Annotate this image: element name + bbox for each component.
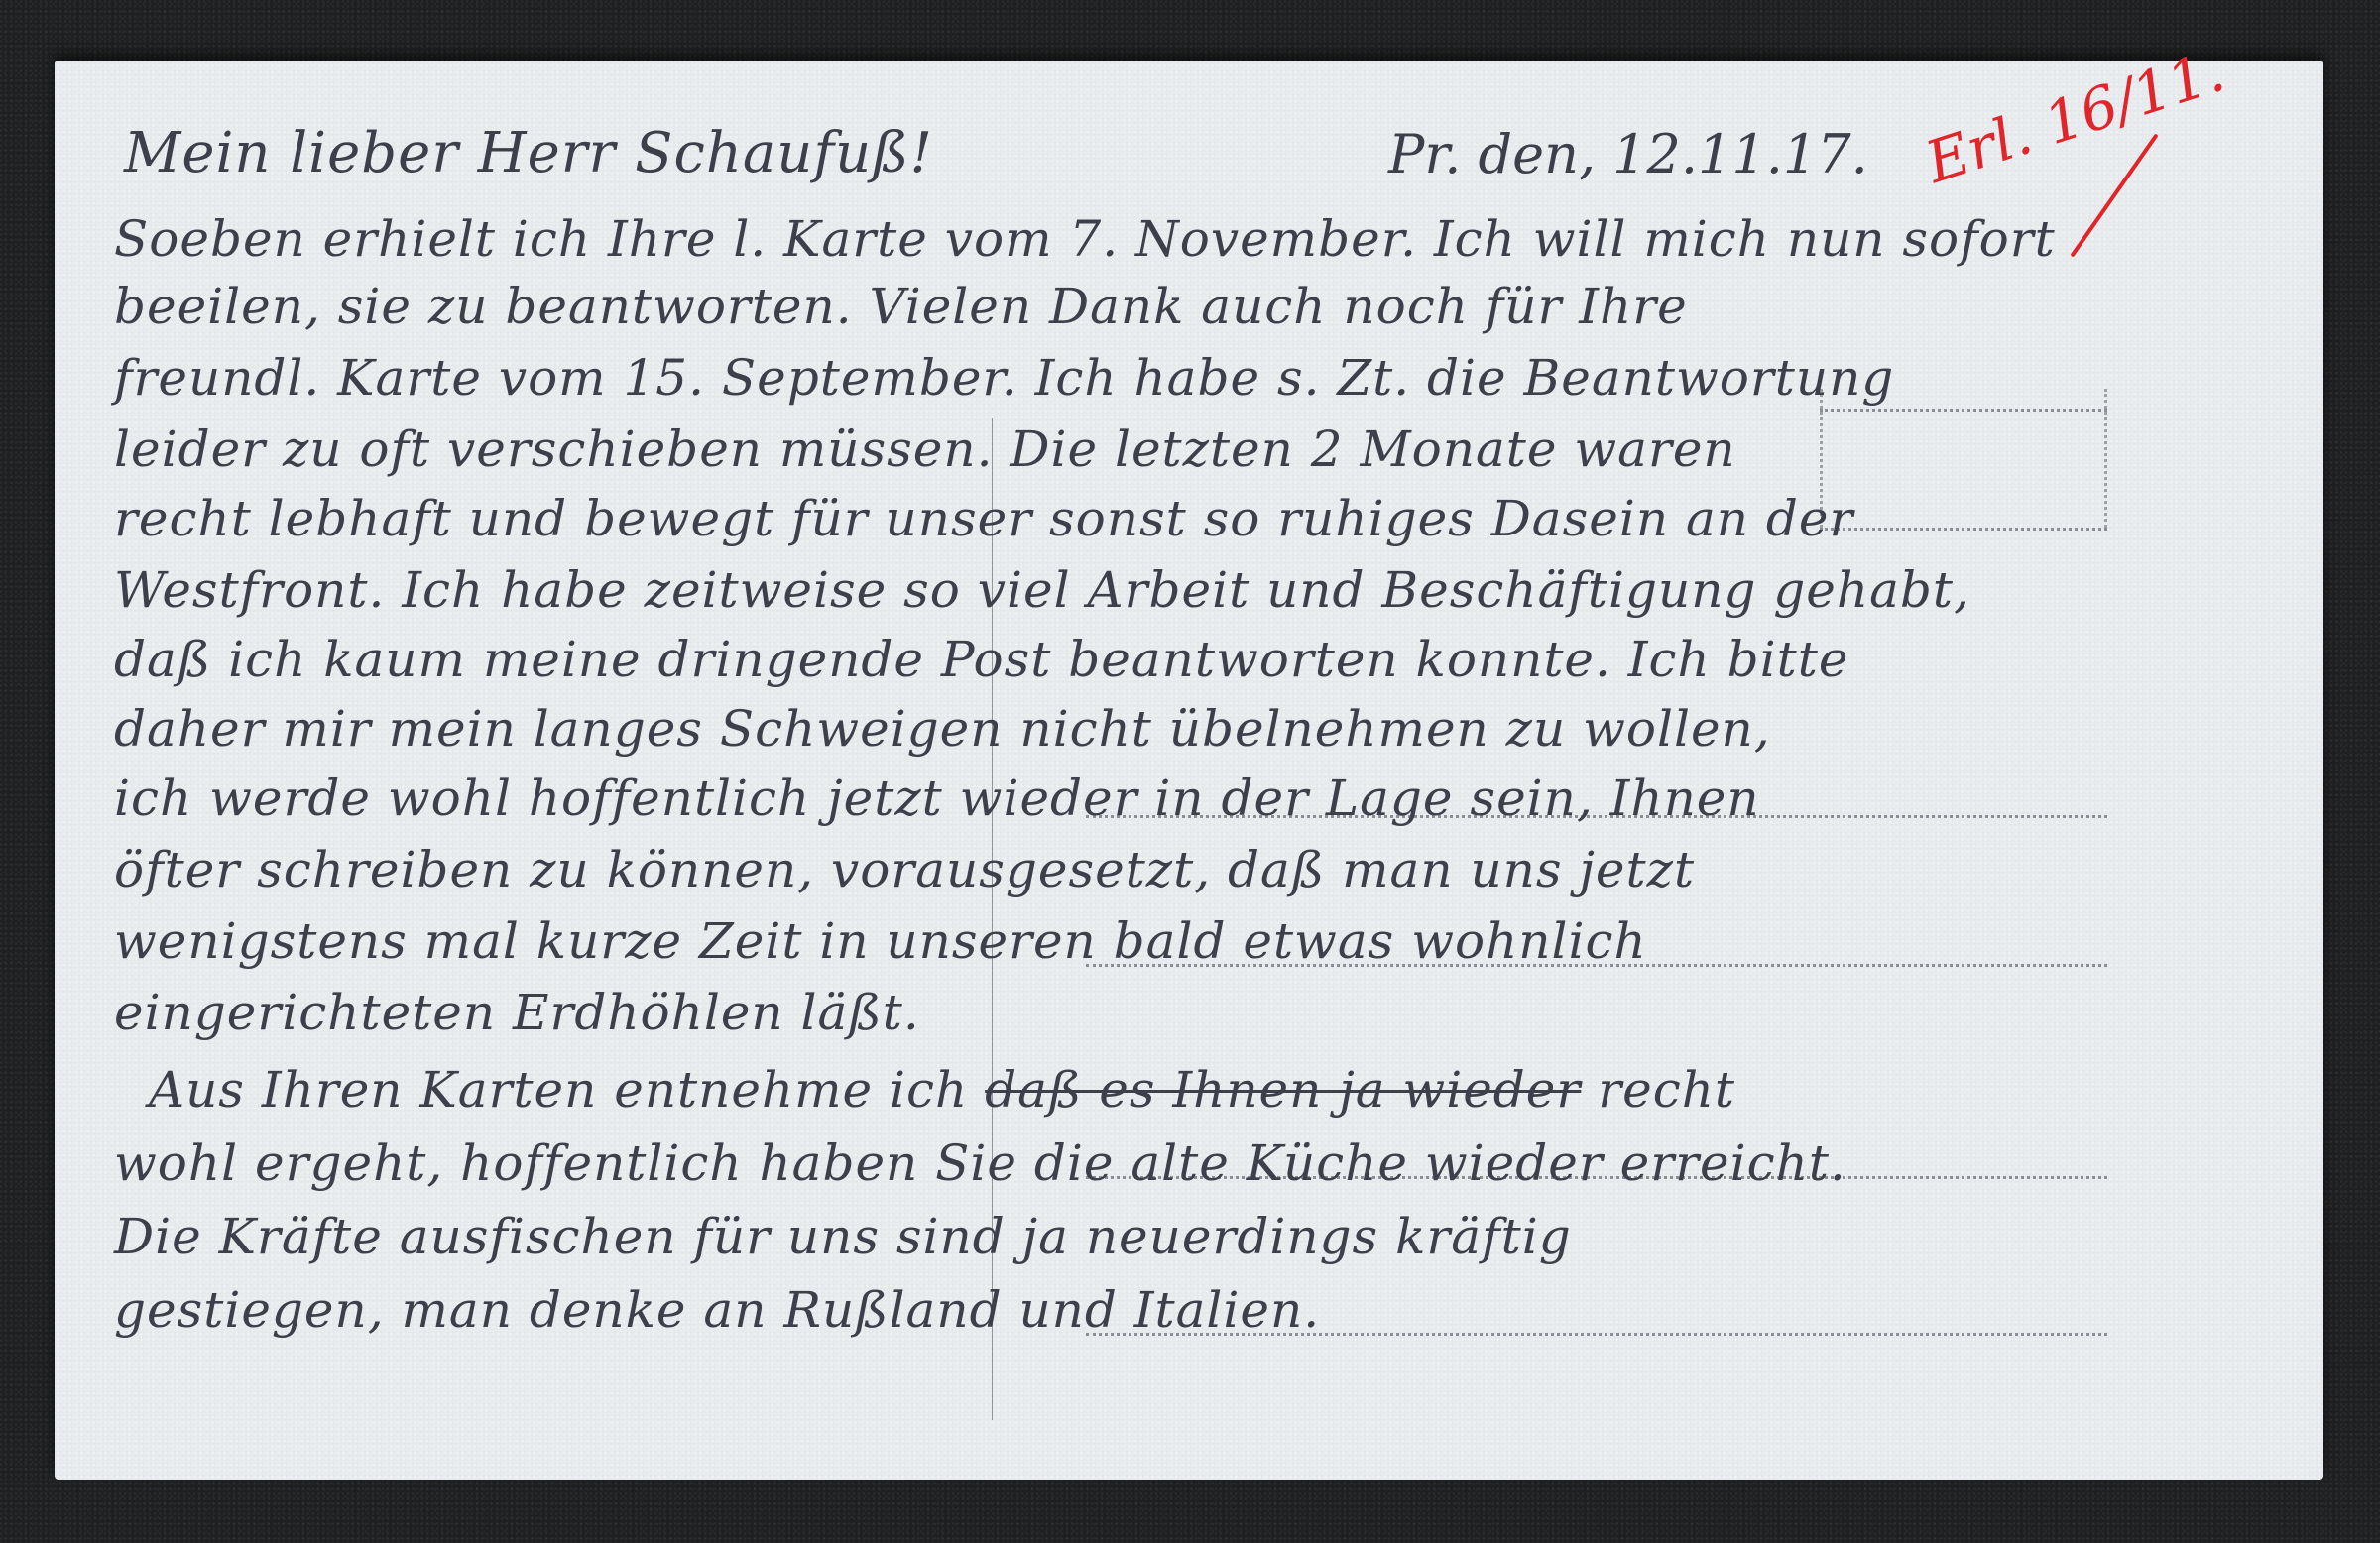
body-line-5: recht lebhaft und bewegt für unser sonst…	[114, 490, 1853, 547]
body-line-11: wenigstens mal kurze Zeit in unseren bal…	[114, 912, 1647, 970]
body-line-7: daß ich kaum meine dringende Post beantw…	[114, 631, 1848, 688]
body-text: Aus Ihren Karten entnehme ich	[149, 1061, 985, 1119]
body-line-16: gestiegen, man denke an Rußland und Ital…	[114, 1281, 1320, 1339]
body-line-1: Soeben erhielt ich Ihre l. Karte vom 7. …	[114, 210, 2056, 268]
body-line-9: ich werde wohl hoffentlich jetzt wieder …	[114, 770, 1760, 827]
stamp-box-top	[1820, 409, 2107, 412]
body-line-12: eingerichteten Erdhöhlen läßt.	[114, 984, 920, 1041]
stamp-box-bottom	[1820, 528, 2107, 531]
body-line-10: öfter schreiben zu können, vorausgesetzt…	[114, 841, 1695, 898]
body-line-13: Aus Ihren Karten entnehme ich daß es Ihn…	[149, 1061, 1735, 1119]
body-line-4: leider zu oft verschieben müssen. Die le…	[114, 420, 1736, 478]
salutation: Mein lieber Herr Schaufuß!	[124, 121, 933, 185]
body-line-8: daher mir mein langes Schweigen nicht üb…	[114, 700, 1771, 758]
place-date: Pr. den, 12.11.17.	[1388, 123, 1868, 185]
body-line-3: freundl. Karte vom 15. September. Ich ha…	[114, 349, 1894, 407]
body-line-15: Die Kräfte ausfischen für uns sind ja ne…	[114, 1208, 1572, 1265]
struck-out-text: daß es Ihnen ja wieder	[985, 1061, 1581, 1119]
body-line-6: Westfront. Ich habe zeitweise so viel Ar…	[114, 561, 1970, 619]
postcard: Mein lieber Herr Schaufuß! Pr. den, 12.1…	[55, 61, 2323, 1480]
body-line-2: beeilen, sie zu beantworten. Vielen Dank…	[114, 278, 1688, 335]
red-slash-mark	[2070, 133, 2158, 257]
red-receipt-annotation: Erl. 16/11.	[1918, 37, 2232, 196]
body-text: recht	[1581, 1061, 1735, 1119]
body-line-14: wohl ergeht, hoffentlich haben Sie die a…	[114, 1134, 1846, 1192]
